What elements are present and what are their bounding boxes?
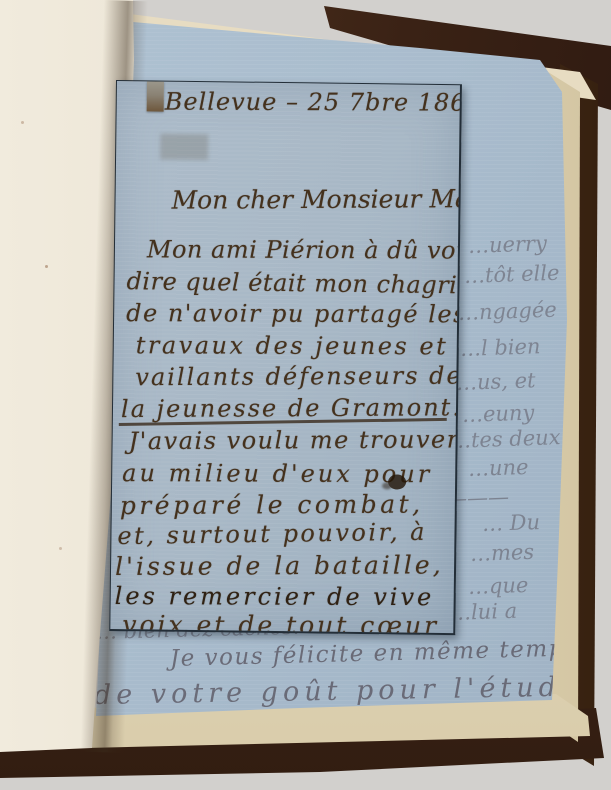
letter-body-line: au milieu d'eux pour (122, 461, 432, 486)
photo-of-open-album: …uerry …tôt elle …ngagée …l bien …us, et… (0, 0, 611, 790)
ink-blot (388, 474, 406, 489)
foxing-speckles (45, 265, 48, 268)
underlying-letter-fragment: …une (468, 457, 529, 480)
letter-body-line: préparé le combat, (120, 491, 424, 518)
mounting-hinge (147, 81, 164, 111)
letter-body-line: travaux des jeunes et (136, 333, 449, 358)
underlying-letter-fragment: …euny (462, 402, 535, 426)
letter-dateline: Bellevue – 25 7bre 1862 – (165, 90, 462, 115)
underlying-letter-fragment: …tôt elle (464, 263, 560, 287)
underlying-letter-fragment: …tes deux (450, 427, 561, 452)
underlying-letter-fragment: …ngagée (458, 300, 557, 324)
letter-body-line: J'avais voulu me trouver (129, 427, 460, 453)
letter-body-line: l'issue de la bataille, (115, 552, 444, 579)
letter-body-line: et, surtout pouvoir, à (117, 520, 427, 548)
tipped-in-letter-card: Bellevue – 25 7bre 1862 – Mon cher Monsi… (109, 80, 462, 635)
underlying-letter-closing-line: Je vous félicite en même temps (170, 637, 579, 671)
ink-smudge (160, 134, 208, 161)
underlying-letter-fragment: …us, et (456, 370, 536, 394)
letter-body-line: dire quel était mon chagrin (126, 269, 462, 297)
letter-body-line: les remercier de vive (115, 584, 435, 609)
underlying-letter-fragment: … Du (482, 512, 541, 535)
letter-body-line: vaillants défenseurs de (135, 364, 462, 390)
underlying-letter-fragment: …uerry (468, 233, 548, 257)
underlying-letter-fragment: …l bien (460, 336, 541, 360)
underlying-letter-fragment: …que (468, 575, 529, 598)
letter-body-line: de n'avoir pu partagé les (126, 301, 462, 326)
letter-body-line: Mon ami Piérion à dû vous (147, 237, 462, 262)
underlying-letter-fragment: …mes (470, 542, 535, 565)
letter-salutation: Mon cher Monsieur Marck, (171, 186, 462, 213)
underlying-letter-fragment: …lui a (450, 601, 518, 624)
letter-body-line: la jeunesse de Gramont. (121, 395, 462, 421)
